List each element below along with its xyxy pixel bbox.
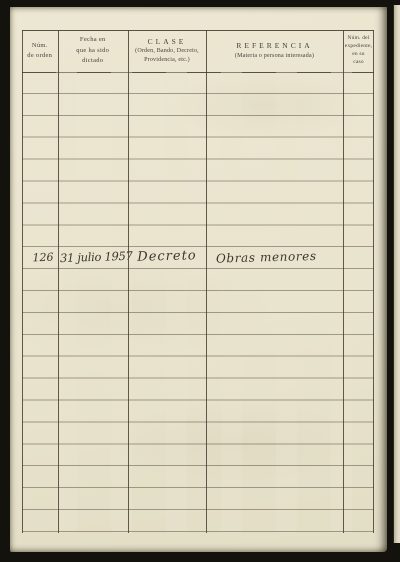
registry-table: Núm. de orden Fecha en que ha sido dicta… — [22, 30, 374, 533]
scanned-registry-page: Núm. de orden Fecha en que ha sido dicta… — [10, 7, 387, 552]
table-left-border — [22, 30, 23, 533]
header-referencia-title: REFERENCIA — [236, 41, 312, 52]
table-body-ruled-rows: 126 31 julio 1957 Decreto Obras menores — [22, 72, 374, 533]
record-fecha-cell: 31 julio 1957 — [60, 249, 126, 265]
record-num-cell: 126 — [28, 250, 58, 264]
adjacent-page-edge — [393, 5, 400, 543]
header-clase-title: CLASE — [148, 37, 187, 48]
header-cell-clase: CLASE (Orden, Bando, Decreto, Providenci… — [128, 30, 206, 72]
column-divider-ref-exp — [343, 30, 344, 533]
record-referencia-cell: Obras menores — [216, 248, 336, 265]
header-referencia-subtitle: (Materia o persona interesada) — [235, 52, 314, 61]
header-clase-subtitle: (Orden, Bando, Decreto, Providencia, etc… — [135, 47, 199, 65]
table-header-row: Núm. de orden Fecha en que ha sido dicta… — [22, 30, 374, 73]
record-clase-cell: Decreto — [134, 248, 200, 265]
handwritten-record-row: 126 31 julio 1957 Decreto Obras menores — [22, 241, 374, 266]
header-cell-num-orden: Núm. de orden — [22, 30, 58, 72]
table-right-border — [373, 30, 374, 533]
column-divider-num-fecha — [58, 30, 59, 533]
column-divider-clase-ref — [206, 30, 207, 533]
header-cell-expediente: Núm. del expediente, en su caso — [343, 30, 374, 72]
header-cell-fecha: Fecha en que ha sido dictado — [58, 30, 129, 72]
header-cell-referencia: REFERENCIA (Materia o persona interesada… — [206, 30, 343, 72]
column-divider-fecha-clase — [128, 30, 129, 533]
